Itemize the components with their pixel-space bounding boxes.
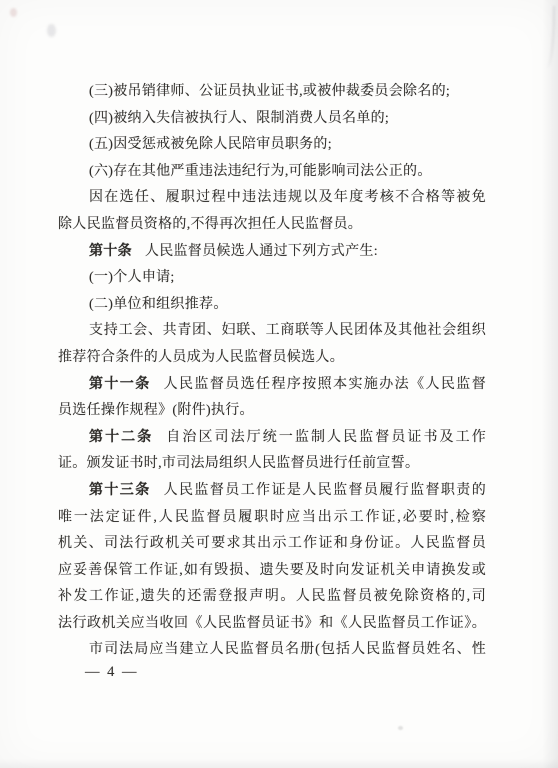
article-10-number: 第十条: [89, 244, 132, 259]
scan-speck: [47, 24, 56, 37]
scan-edge-shade: [542, 0, 558, 768]
article-11-number: 第十一条: [89, 377, 151, 392]
paragraph-line: 补发工作证,遗失的还需登报声明。人民监督员被免除资格的,司: [58, 584, 486, 611]
clause-item-1: (一)个人申请;: [58, 265, 486, 292]
clause-item-2: (二)单位和组织推荐。: [58, 292, 486, 319]
article-12-line: 第十二条自治区司法厅统一监制人民监督员证书及工作: [58, 425, 486, 452]
article-11-text: 人民监督员选任程序按照本实施办法《人民监督: [164, 377, 486, 392]
document-body: (三)被吊销律师、公证员执业证书,或被仲裁委员会除名的; (四)被纳入失信被执行…: [58, 79, 486, 664]
paragraph-line: 证。颁发证书时,市司法局组织人民监督员进行任前宣誓。: [58, 451, 486, 478]
page-number: — 4 —: [85, 664, 139, 681]
paragraph-line: 因在选任、履职过程中违法违规以及年度考核不合格等被免: [58, 185, 486, 212]
article-12-text: 自治区司法厅统一监制人民监督员证书及工作: [166, 430, 486, 445]
paragraph-line: 推荐符合条件的人员成为人民监督员候选人。: [58, 345, 486, 372]
paragraph-line: 应妥善保管工作证,如有毁损、遗失要及时向发证机关申请换发或: [58, 558, 486, 585]
paragraph-line: 支持工会、共青团、妇联、工商联等人民团体及其他社会组织: [58, 318, 486, 345]
clause-item-4: (四)被纳入失信被执行人、限制消费人员名单的;: [58, 106, 486, 133]
paragraph-line: 机关、司法行政机关可要求其出示工作证和身份证。人民监督员: [58, 531, 486, 558]
paragraph-line: 除人民监督员资格的,不得再次担任人民监督员。: [58, 212, 486, 239]
paragraph-line: 市司法局应当建立人民监督员名册(包括人民监督员姓名、性: [58, 637, 486, 664]
article-13-number: 第十三条: [89, 483, 151, 498]
clause-item-6: (六)存在其他严重违法违纪行为,可能影响司法公正的。: [58, 159, 486, 186]
scan-edge-shade: [0, 759, 558, 768]
scan-speck: [398, 726, 403, 730]
paragraph-line: 员选任操作规程》(附件)执行。: [58, 398, 486, 425]
clause-item-3: (三)被吊销律师、公证员执业证书,或被仲裁委员会除名的;: [58, 79, 486, 106]
scan-speck: [10, 8, 17, 17]
article-12-number: 第十二条: [89, 430, 153, 445]
paragraph-line: 唯一法定证件,人民监督员履职时应当出示工作证,必要时,检察: [58, 505, 486, 532]
paragraph-line: 法行政机关应当收回《人民监督员证书》和《人民监督员工作证》。: [58, 611, 486, 638]
article-13-line: 第十三条人民监督员工作证是人民监督员履行监督职责的: [58, 478, 486, 505]
article-10-line: 第十条人民监督员候选人通过下列方式产生:: [58, 239, 486, 266]
scanned-document-page: (三)被吊销律师、公证员执业证书,或被仲裁委员会除名的; (四)被纳入失信被执行…: [0, 0, 558, 768]
article-11-line: 第十一条人民监督员选任程序按照本实施办法《人民监督: [58, 372, 486, 399]
article-13-text: 人民监督员工作证是人民监督员履行监督职责的: [164, 483, 486, 498]
article-10-text: 人民监督员候选人通过下列方式产生:: [145, 244, 378, 259]
clause-item-5: (五)因受惩戒被免除人民陪审员职务的;: [58, 132, 486, 159]
